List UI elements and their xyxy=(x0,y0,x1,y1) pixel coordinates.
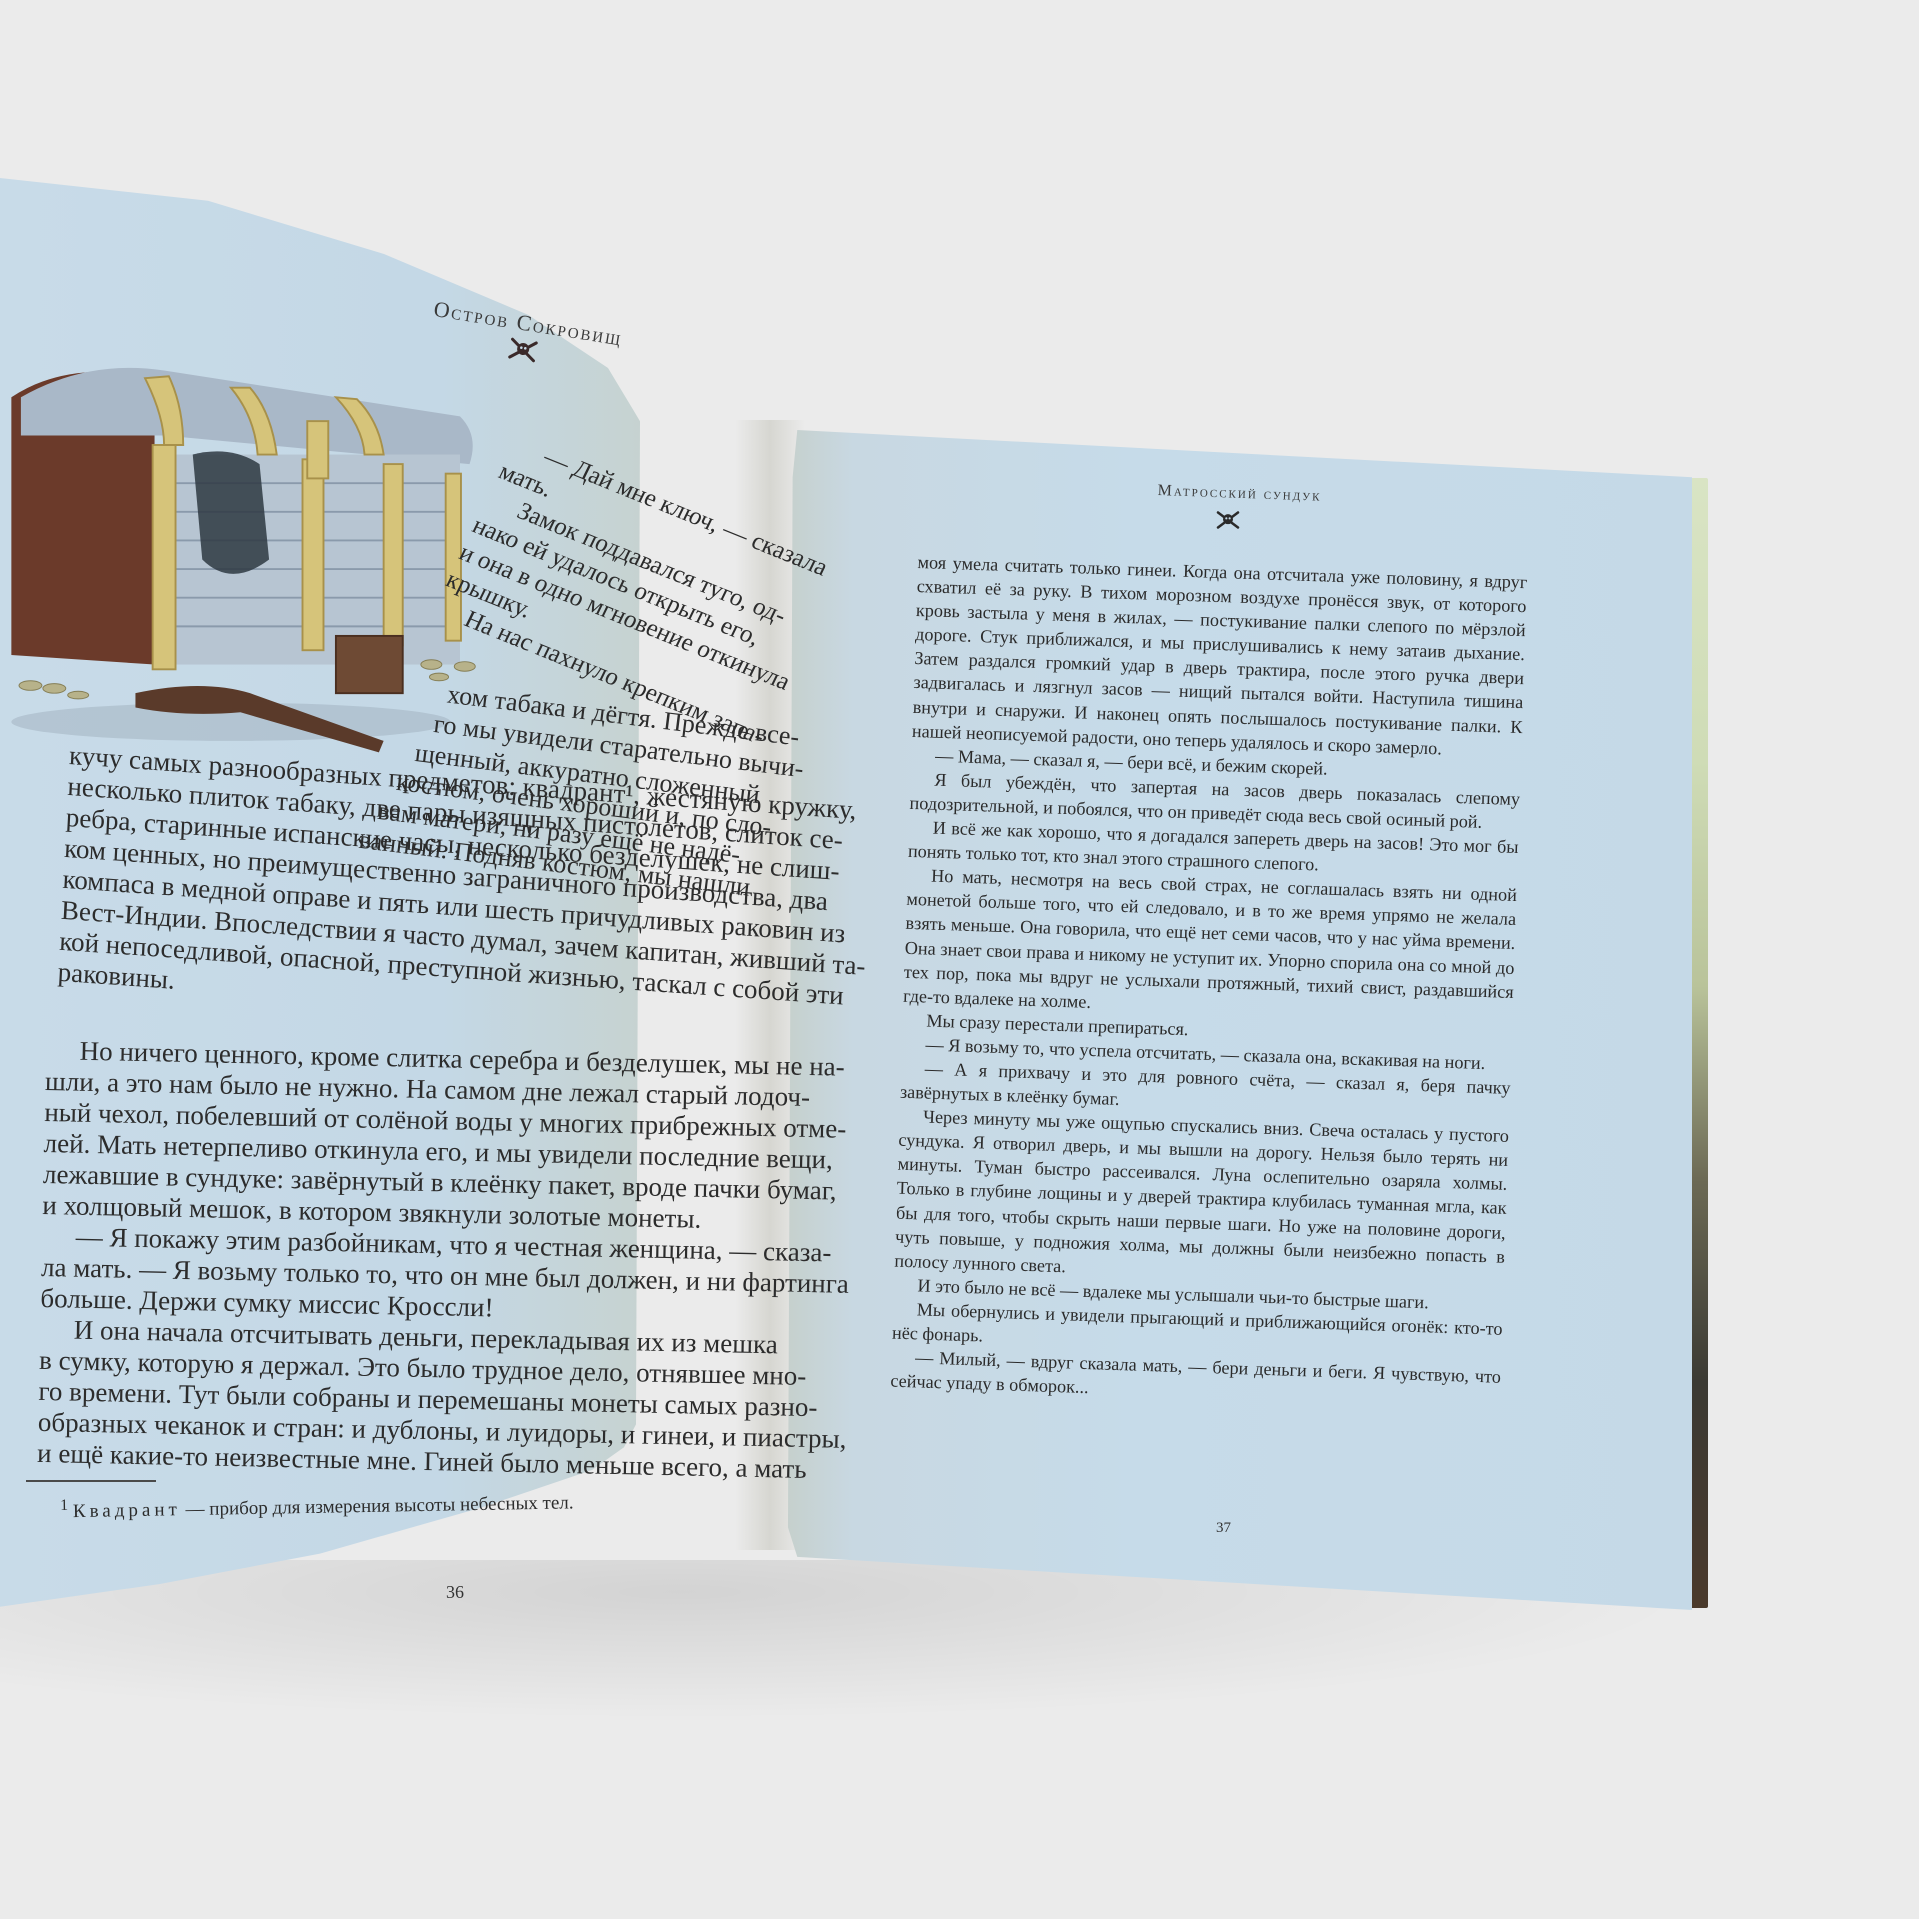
back-cover-edge xyxy=(1690,478,1708,1608)
paragraph: Но мать, несмотря на весь свой страх, не… xyxy=(903,863,1517,1028)
skull-crossbones-icon xyxy=(506,336,539,364)
open-book: Остров Сокровищ xyxy=(0,0,1919,1919)
left-page-number: 36 xyxy=(446,1582,464,1603)
footnote-divider xyxy=(26,1480,156,1482)
footnote-text: — прибор для измерения высоты небесных т… xyxy=(181,1492,574,1520)
paragraph: Через минуту мы уже ощупью спускались вн… xyxy=(894,1104,1509,1293)
footnote-term: Квадрант xyxy=(73,1499,181,1522)
skull-crossbones-icon xyxy=(1215,510,1241,530)
footnote-marker: 1 xyxy=(60,1497,68,1514)
right-page-text: моя умела считать только гинеи. Когда он… xyxy=(890,550,1528,1413)
left-bottom-paragraphs: Но ничего ценного, кроме слитка серебра … xyxy=(37,1035,855,1486)
paragraph: моя умела считать только гинеи. Когда он… xyxy=(912,550,1528,763)
right-page-number: 37 xyxy=(1216,1520,1231,1537)
